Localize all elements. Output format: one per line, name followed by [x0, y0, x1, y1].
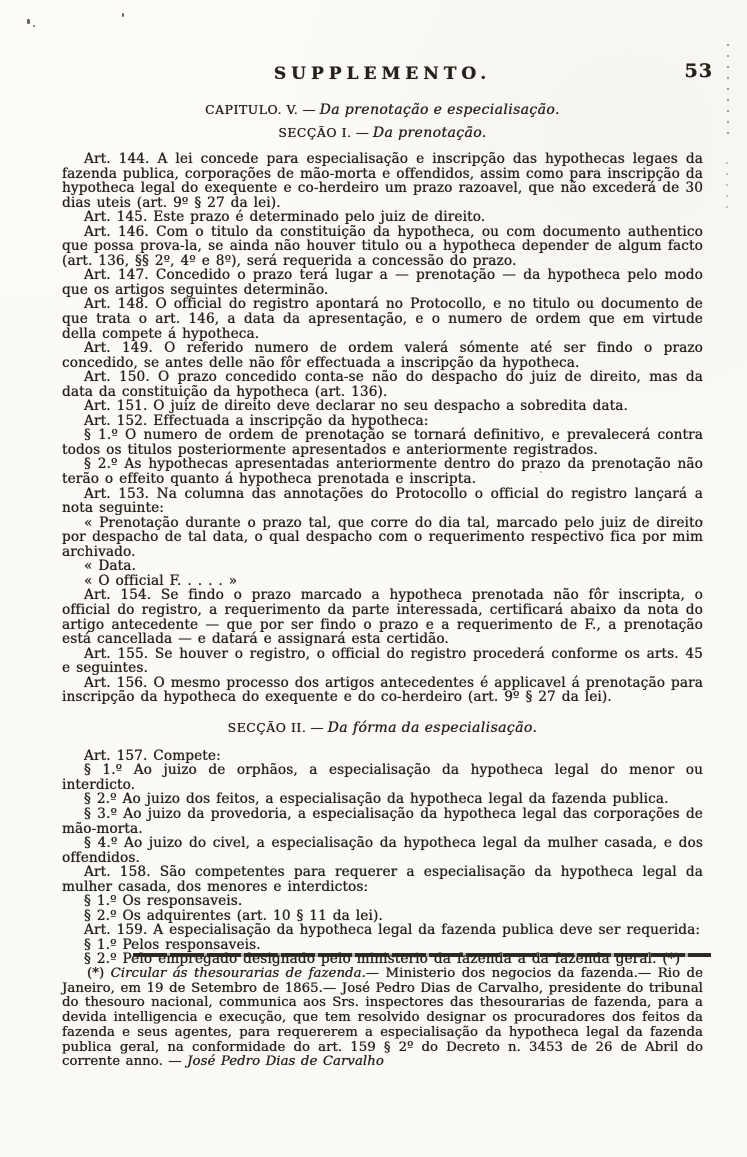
section-1-title: Da prenotação. — [373, 125, 487, 141]
paragraph: § 4.º Ao juizo do civel, a especialisaçã… — [62, 836, 703, 865]
dash-separator: — — [356, 126, 369, 141]
paragraph: Art. 148. O official do registro apontar… — [62, 297, 703, 341]
footnote-area: (*) Circular ás thesourarias de fazenda.… — [62, 953, 703, 1070]
dash-separator: — — [302, 103, 315, 118]
section-2-body: Art. 157. Compete:§ 1.º Ao juizo de orph… — [62, 749, 703, 967]
paragraph: Art. 145. Este prazo é determinado pelo … — [62, 210, 703, 225]
paragraph: § 1.º Pelos responsaveis. — [62, 938, 703, 953]
section-1-label: SECÇÃO I. — [278, 126, 351, 140]
paragraph: § 1.º Os responsaveis. — [62, 894, 703, 909]
paragraph: Art. 147. Concedido o prazo terá lugar a… — [62, 268, 703, 297]
footnote-signature: — José Pedro Dias de Carvalho — [168, 1054, 384, 1069]
section-1-body: Art. 144. A lei concede para especialisa… — [62, 152, 703, 705]
paragraph: Art. 155. Se houver o registro, o offici… — [62, 647, 703, 676]
section-2-title: Da fórma da especialisação. — [328, 720, 538, 736]
scan-speck — [27, 19, 30, 24]
paragraph: Art. 146. Com o titulo da constituição d… — [62, 225, 703, 269]
paragraph: Art. 150. O prazo concedido conta-se não… — [62, 370, 703, 399]
scanned-page: { "header": { "title": "SUPPLEMENTO.", "… — [0, 0, 747, 1157]
paragraph: Art. 144. A lei concede para especialisa… — [62, 152, 703, 210]
dash-separator: — — [311, 721, 324, 736]
footnote: (*) Circular ás thesourarias de fazenda.… — [62, 967, 703, 1070]
scan-speck — [122, 13, 124, 17]
scan-speck — [33, 25, 35, 27]
paragraph: Art. 159. A especialisação da hypotheca … — [62, 923, 703, 938]
section-2-label: SECÇÃO II. — [228, 721, 307, 735]
masthead: SUPPLEMENTO. 53 — [62, 64, 703, 85]
paragraph: § 2.º Os adquirentes (art. 10 § 11 da le… — [62, 909, 703, 924]
paragraph: § 1.º Ao juizo de orphãos, a especialisa… — [62, 763, 703, 792]
paragraph: Art. 157. Compete: — [62, 749, 703, 764]
paragraph: § 1.º O numero de ordem de prenotação se… — [62, 428, 703, 457]
paragraph: Art. 153. Na columna das annotações do P… — [62, 487, 703, 516]
chapter-label: CAPITULO. V. — [205, 103, 298, 117]
paragraph: Art. 158. São competentes para requerer … — [62, 865, 703, 894]
paragraph: Art. 152. Effectuada a inscripção da hyp… — [62, 414, 703, 429]
paragraph: « O official F. . . . . » — [62, 574, 703, 589]
paragraph: Art. 151. O juiz de direito deve declara… — [62, 399, 703, 414]
chapter-heading: CAPITULO. V. — Da prenotação e especiali… — [62, 102, 703, 119]
footnote-divider — [133, 953, 711, 957]
section-2-heading: SECÇÃO II. — Da fórma da especialisação. — [62, 720, 703, 737]
paragraph: § 3.º Ao juizo da provedoria, a especial… — [62, 807, 703, 836]
page-content: SUPPLEMENTO. 53 CAPITULO. V. — Da prenot… — [62, 64, 703, 967]
chapter-title: Da prenotação e especialisação. — [320, 102, 560, 118]
scan-edge-marks — [726, 162, 728, 208]
paragraph: « Prenotação durante o prazo tal, que co… — [62, 516, 703, 560]
footnote-circular-title: Circular ás thesourarias de fazenda. — [111, 966, 366, 981]
scan-edge-marks — [727, 44, 729, 136]
page-title: SUPPLEMENTO. — [62, 64, 703, 85]
section-1-heading: SECÇÃO I. — Da prenotação. — [62, 125, 703, 142]
footnote-marker: (*) — [87, 966, 111, 981]
page-number: 53 — [685, 60, 713, 82]
paragraph: Art. 149. O referido numero de ordem val… — [62, 341, 703, 370]
paragraph: § 2.º Ao juizo dos feitos, a especialisa… — [62, 792, 703, 807]
paragraph: § 2.º As hypothecas apresentadas anterio… — [62, 457, 703, 486]
paragraph: Art. 154. Se findo o prazo marcado a hyp… — [62, 588, 703, 646]
paragraph: « Data. — [62, 559, 703, 574]
paragraph: Art. 156. O mesmo processo dos artigos a… — [62, 676, 703, 705]
